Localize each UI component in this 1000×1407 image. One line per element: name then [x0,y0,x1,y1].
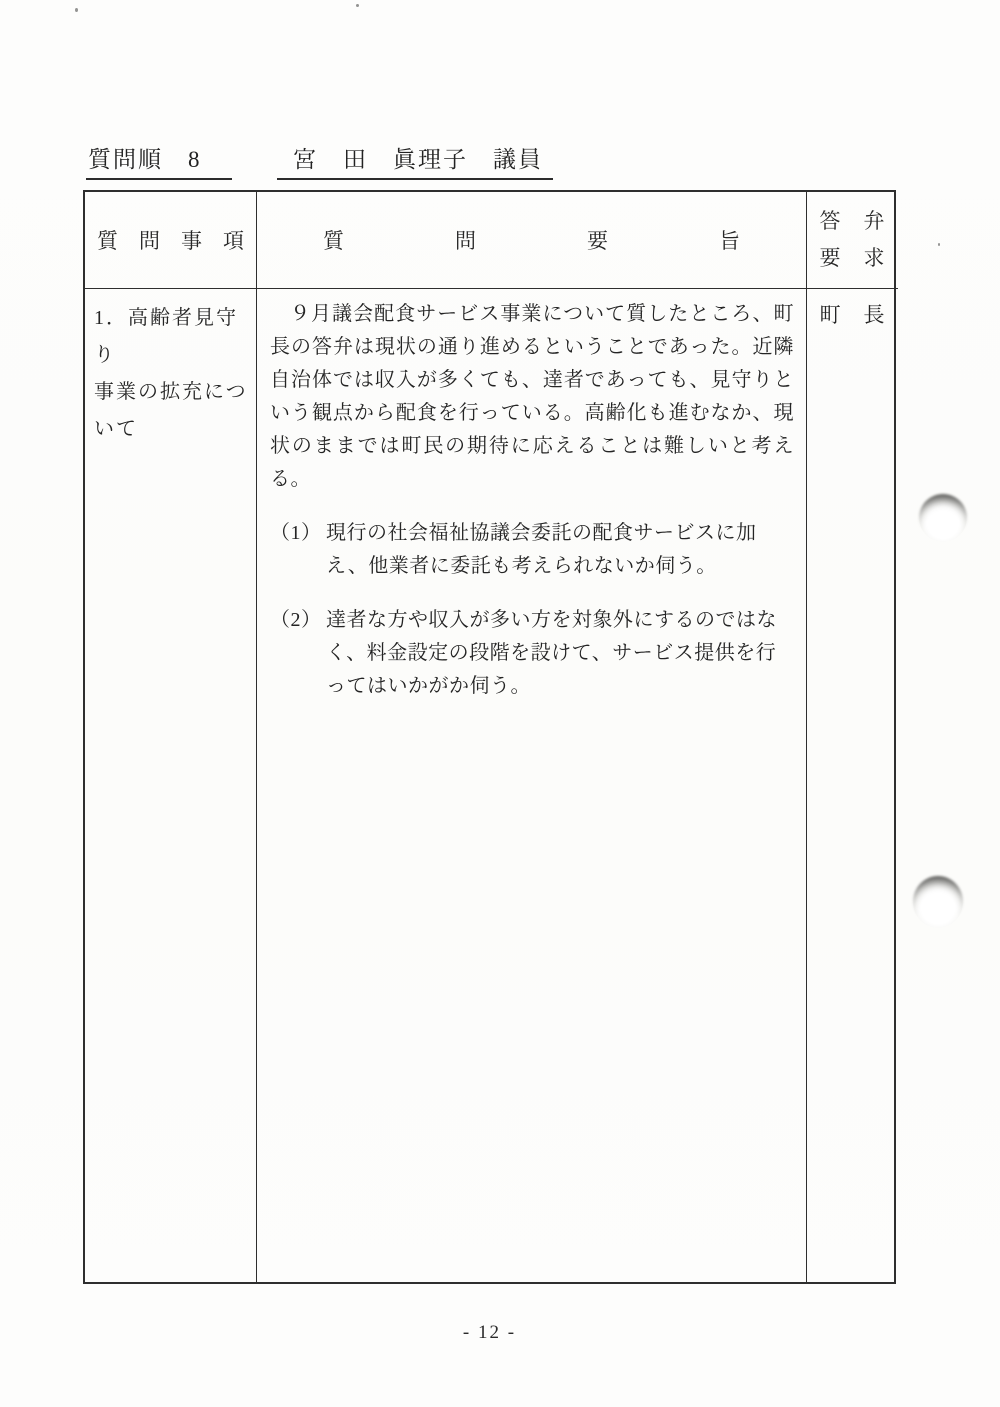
punch-hole-artifact-bottom [913,876,963,928]
sub-question-1-text: 現行の社会福祉協議会委託の配食サービスに加え、他業者に委託も考えられないか伺う。 [326,517,794,583]
punch-hole-artifact-top [919,494,967,542]
body-cell-answerer: 町 長 [807,289,898,1282]
question-item-line-3: いて [94,411,248,448]
summary-intro-paragraph: ９月議会配食サービス事業について質したところ、町長の答弁は現状の通り進めるという… [270,298,794,496]
question-table: 質 問 事 項 質 問 要 旨 答 弁 要 求 1．高齢者見守り 事業の拡充につ… [83,190,896,1284]
answer-request-line-1: 答 弁 [820,203,886,240]
sub-question-1-label: （1） [270,517,326,583]
header-summary-char-2: 問 [455,225,476,255]
scan-speck-2 [356,4,359,7]
header-cell-answer-request: 答 弁 要 求 [807,192,898,289]
body-cell-question-summary: ９月議会配食サービス事業について質したところ、町長の答弁は現状の通り進めるという… [257,289,807,1282]
sub-question-1: （1） 現行の社会福祉協議会委託の配食サービスに加え、他業者に委託も考えられない… [270,517,794,583]
question-item-line-1: 1．高齢者見守り [94,300,248,374]
scanned-document-page: 質問順 8 宮 田 眞理子 議員 質 問 事 項 質 問 要 旨 答 弁 要 求… [0,0,1000,1407]
question-item-line-2: 事業の拡充につ [94,374,248,411]
page-number: - 12 - [83,1322,896,1344]
scan-speck-1 [75,8,78,12]
answerer-label: 町 長 [820,303,886,327]
answer-request-line-2: 要 求 [820,240,886,277]
sub-question-2-text: 達者な方や収入が多い方を対象外にするのではなく、料金設定の段階を設けて、サービス… [326,604,794,703]
question-order-label: 質問順 8 [86,141,232,180]
document-header: 質問順 8 宮 田 眞理子 議員 [0,141,1000,177]
scan-speck-3 [938,243,940,246]
header-summary-char-1: 質 [323,225,344,255]
sub-question-2-label: （2） [270,604,326,703]
header-cell-question-summary: 質 問 要 旨 [257,192,807,289]
sub-question-2: （2） 達者な方や収入が多い方を対象外にするのではなく、料金設定の段階を設けて、… [270,604,794,703]
header-cell-question-item: 質 問 事 項 [85,192,257,289]
council-member-name: 宮 田 眞理子 議員 [277,141,553,180]
header-summary-char-3: 要 [587,225,608,255]
header-summary-char-4: 旨 [719,225,740,255]
body-cell-question-item: 1．高齢者見守り 事業の拡充につ いて [85,289,257,1282]
